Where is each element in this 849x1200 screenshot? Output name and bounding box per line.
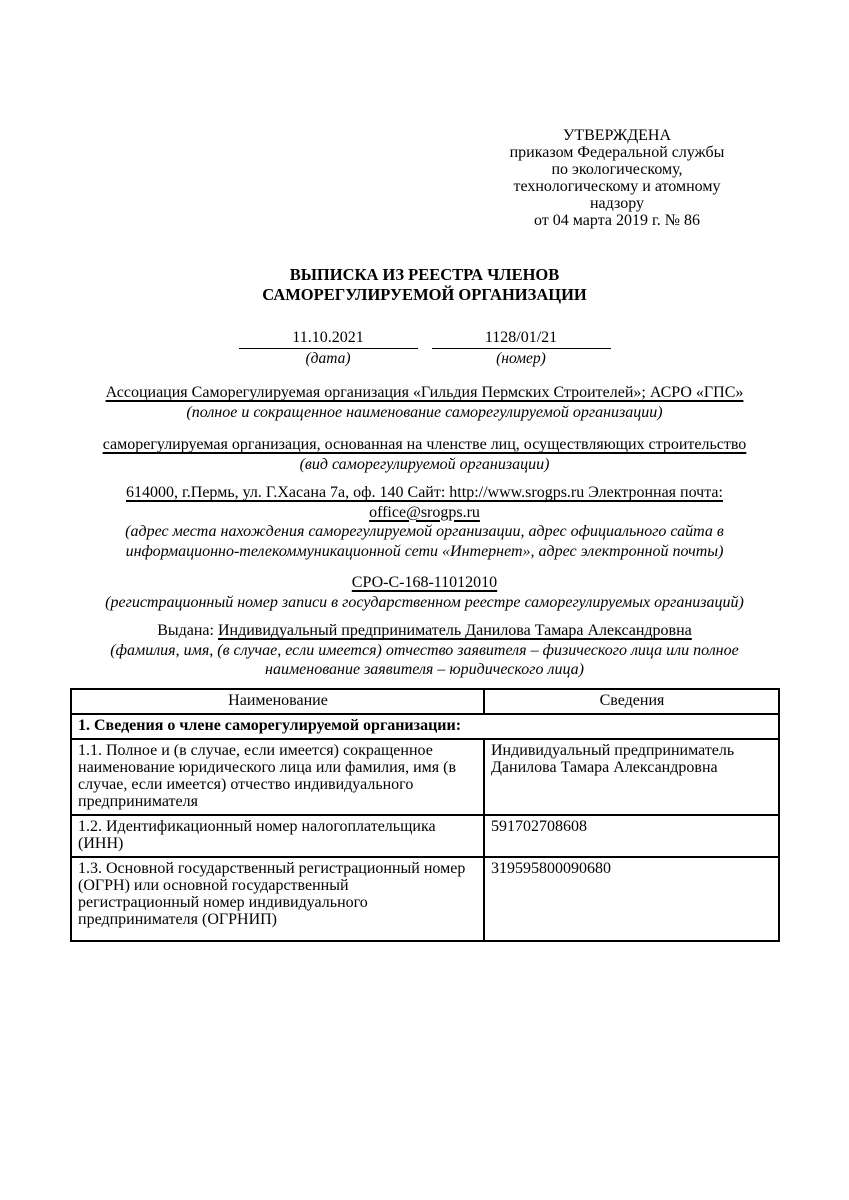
table-header-row: Наименование Сведения <box>71 689 779 714</box>
table-row: 1.1. Полное и (в случае, если имеется) с… <box>71 739 779 815</box>
org-type: саморегулируемая организация, основанная… <box>103 436 747 453</box>
row-name-cell: 1.1. Полное и (в случае, если имеется) с… <box>71 739 484 815</box>
approval-line: приказом Федеральной службы <box>497 144 737 161</box>
registry-number: СРО-С-168-11012010 <box>352 574 497 591</box>
document-title-line: САМОРЕГУЛИРУЕМОЙ ОРГАНИЗАЦИИ <box>0 285 849 305</box>
row-value-cell: 591702708608 <box>484 815 779 857</box>
table-row: 1.3. Основной государственный регистраци… <box>71 857 779 941</box>
number-field: 1128/01/21 (номер) <box>432 328 611 368</box>
org-type-group: саморегулируемая организация, основанная… <box>0 435 849 474</box>
org-name: Ассоциация Саморегулируемая организация … <box>106 384 744 401</box>
issued-to-caption-line: наименование заявителя – юридического ли… <box>0 660 849 680</box>
approval-stamp: УТВЕРЖДЕНА приказом Федеральной службы п… <box>497 127 737 229</box>
org-address-group: 614000, г.Пермь, ул. Г.Хасана 7а, оф. 14… <box>0 483 849 561</box>
registry-number-caption: (регистрационный номер записи в государс… <box>0 593 849 613</box>
approval-line: технологическому и атомному <box>497 178 737 195</box>
approval-line: по экологическому, <box>497 161 737 178</box>
approval-line: надзору <box>497 195 737 212</box>
org-type-caption: (вид саморегулируемой организации) <box>0 455 849 475</box>
row-value-cell: 319595800090680 <box>484 857 779 941</box>
section-title: 1. Сведения о члене саморегулируемой орг… <box>71 714 779 739</box>
row-name-cell: 1.3. Основной государственный регистраци… <box>71 857 484 941</box>
org-address-caption-line: (адрес места нахождения саморегулируемой… <box>0 522 849 542</box>
issued-to-caption-line: (фамилия, имя, (в случае, если имеется) … <box>0 641 849 661</box>
table-row: 1.2. Идентификационный номер налогоплате… <box>71 815 779 857</box>
issued-to-group: Выдана: Индивидуальный предприниматель Д… <box>0 621 849 680</box>
number-value: 1128/01/21 <box>432 328 611 349</box>
table-header-value: Сведения <box>484 689 779 714</box>
row-value-cell: Индивидуальный предприниматель Данилова … <box>484 739 779 815</box>
org-email: office@srogps.ru <box>369 504 480 521</box>
approval-line: от 04 марта 2019 г. № 86 <box>497 212 737 229</box>
document-title: ВЫПИСКА ИЗ РЕЕСТРА ЧЛЕНОВ САМОРЕГУЛИРУЕМ… <box>0 265 849 305</box>
issued-to-label: Выдана: <box>157 622 214 639</box>
approval-line: УТВЕРЖДЕНА <box>497 127 737 144</box>
issued-to-value: Индивидуальный предприниматель Данилова … <box>218 622 692 639</box>
table-header-name: Наименование <box>71 689 484 714</box>
document-title-line: ВЫПИСКА ИЗ РЕЕСТРА ЧЛЕНОВ <box>0 265 849 285</box>
row-name-cell: 1.2. Идентификационный номер налогоплате… <box>71 815 484 857</box>
org-address-caption-line: информационно-телекоммуникационной сети … <box>0 542 849 562</box>
date-value: 11.10.2021 <box>239 328 418 349</box>
date-field: 11.10.2021 (дата) <box>239 328 418 368</box>
members-table: Наименование Сведения 1. Сведения о член… <box>70 688 780 942</box>
issued-to-line: Выдана: Индивидуальный предприниматель Д… <box>0 621 849 641</box>
org-name-caption: (полное и сокращенное наименование самор… <box>0 403 849 423</box>
date-caption: (дата) <box>239 349 418 368</box>
org-name-group: Ассоциация Саморегулируемая организация … <box>0 383 849 422</box>
document-page: УТВЕРЖДЕНА приказом Федеральной службы п… <box>0 0 849 1200</box>
issue-fields: 11.10.2021 (дата) 1128/01/21 (номер) <box>0 328 849 368</box>
number-caption: (номер) <box>432 349 611 368</box>
registry-number-group: СРО-С-168-11012010 (регистрационный номе… <box>0 573 849 612</box>
table-section-row: 1. Сведения о члене саморегулируемой орг… <box>71 714 779 739</box>
org-address-line: 614000, г.Пермь, ул. Г.Хасана 7а, оф. 14… <box>126 484 723 501</box>
